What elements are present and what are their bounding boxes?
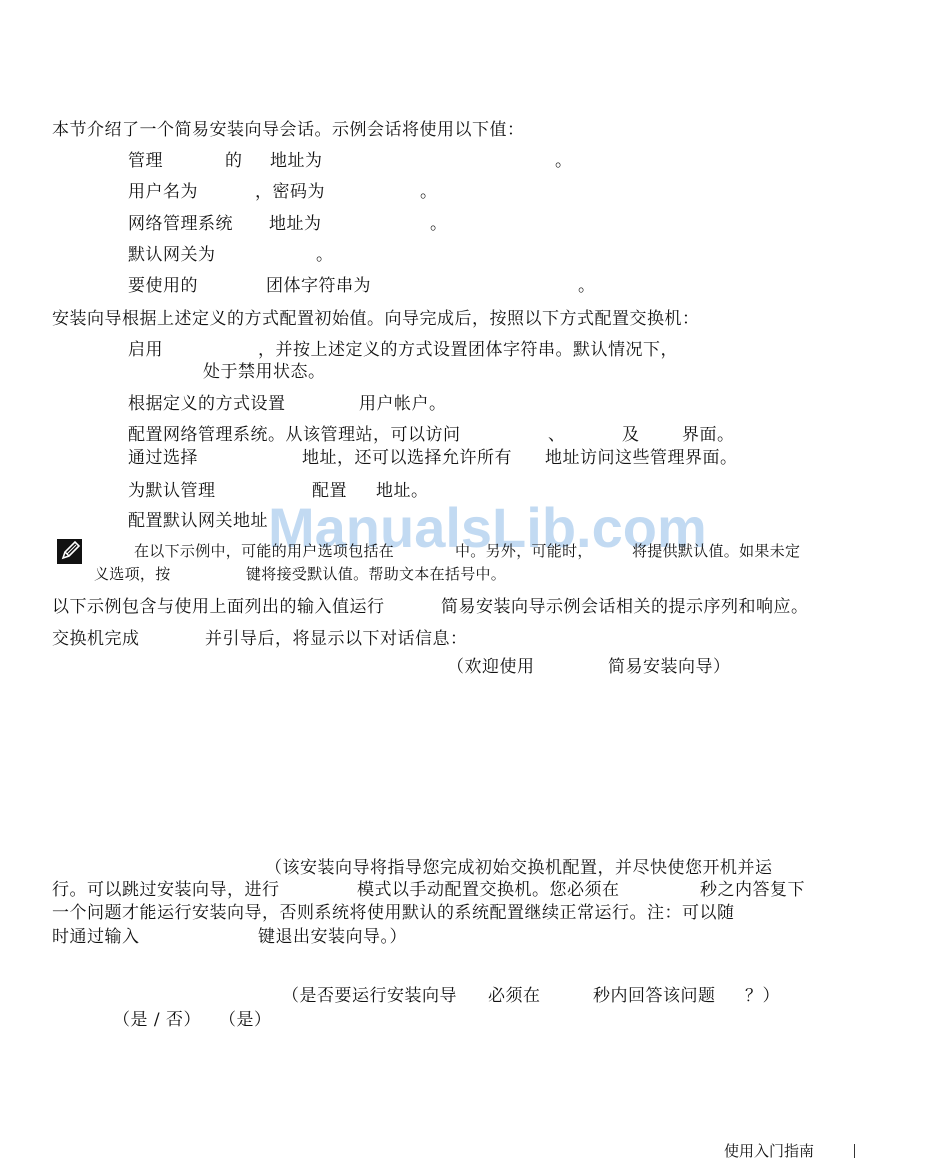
list-item-text: 及 (622, 425, 640, 445)
list-item-text: 地址访问这些管理界面。 (545, 448, 738, 468)
list-item-text: 为默认管理 (128, 481, 216, 501)
list-item-text: ，密码为 (255, 182, 325, 202)
list-item-text: ，并按上述定义的方式设置团体字符串。默认情况下， (258, 340, 678, 360)
note-text: 键将接受默认值。帮助文本在括号中。 (246, 564, 506, 584)
dialog-text: 秒之内答复下 (700, 880, 805, 900)
paragraph-text: 简易安装向导示例会话相关的提示序列和响应。 (441, 597, 809, 617)
dialog-text: （该安装向导将指导您完成初始交换机配置，并尽快使您开机并运 (265, 858, 773, 878)
dialog-text: 秒内回答该问题 (593, 986, 716, 1006)
paragraph-text: 以下示例包含与使用上面列出的输入值运行 (52, 597, 385, 617)
paragraph-text: 交换机完成 (52, 629, 140, 649)
dialog-text: ？） (745, 986, 780, 1006)
dialog-text: 一个问题才能运行安装向导，否则系统将使用默认的系统配置继续正常运行。注：可以随 (52, 903, 735, 923)
list-item-text: 。 (430, 214, 448, 234)
list-item-text: 的 (225, 151, 243, 171)
list-item-text: 地址为 (269, 214, 322, 234)
list-item-text: 用户名为 (128, 182, 198, 202)
list-item-text: 处于禁用状态。 (203, 362, 326, 382)
dialog-text: （是否要运行安装向导 (282, 986, 457, 1006)
list-item-text: 。 (420, 182, 438, 202)
list-item-text: 界面。 (682, 425, 735, 445)
list-item-text: 、 (548, 425, 566, 445)
note-text: 将提供默认值。如果未定 (632, 541, 800, 561)
footer-label: 使用入门指南 (724, 1141, 814, 1161)
list-item-text: 。 (578, 276, 596, 296)
list-item-text: 地址。 (376, 481, 429, 501)
list-item-text: 。 (555, 151, 573, 171)
note-text: 在以下示例中，可能的用户选项包括在 (134, 541, 394, 561)
config-intro-paragraph: 安装向导根据上述定义的方式配置初始值。向导完成后，按照以下方式配置交换机： (52, 309, 700, 329)
dialog-text: 键退出安装向导。） (258, 927, 407, 947)
dialog-text: （是 / 否） (113, 1010, 201, 1030)
dialog-text: （是） (219, 1010, 272, 1030)
list-item-text: 管理 (128, 151, 163, 171)
dialog-text: （欢迎使用 (447, 657, 535, 677)
list-item-text: 配置默认网关地址 (128, 511, 268, 531)
list-item-text: 通过选择 (128, 448, 198, 468)
dialog-text: 模式以手动配置交换机。您必须在 (357, 880, 620, 900)
list-item-text: 团体字符串为 (266, 276, 371, 296)
list-item-text: 要使用的 (128, 276, 198, 296)
dialog-text: 时通过输入 (52, 927, 140, 947)
dialog-text: 行。可以跳过安装向导，进行 (52, 880, 280, 900)
list-item-text: 网络管理系统 (128, 214, 233, 234)
paragraph-text: 并引导后，将显示以下对话信息： (205, 629, 468, 649)
note-text: 中。另外，可能时， (455, 541, 593, 561)
dialog-text: 必须在 (488, 986, 541, 1006)
pencil-note-icon (57, 539, 82, 564)
list-item-text: 配置 (312, 481, 347, 501)
list-item-text: 地址，还可以选择允许所有 (302, 448, 512, 468)
list-item-text: 启用 (128, 340, 163, 360)
dialog-text: 简易安装向导） (608, 657, 731, 677)
note-text: 义选项，按 (94, 564, 171, 584)
intro-paragraph: 本节介绍了一个简易安装向导会话。示例会话将使用以下值： (52, 120, 525, 140)
list-item-text: 地址为 (270, 151, 323, 171)
list-item-text: 默认网关为 (128, 245, 216, 265)
footer-divider (854, 1144, 855, 1158)
list-item-text: 根据定义的方式设置 (128, 394, 286, 414)
list-item-text: 配置网络管理系统。从该管理站，可以访问 (128, 425, 461, 445)
list-item-text: 用户帐户。 (359, 394, 447, 414)
list-item-text: 。 (316, 245, 334, 265)
